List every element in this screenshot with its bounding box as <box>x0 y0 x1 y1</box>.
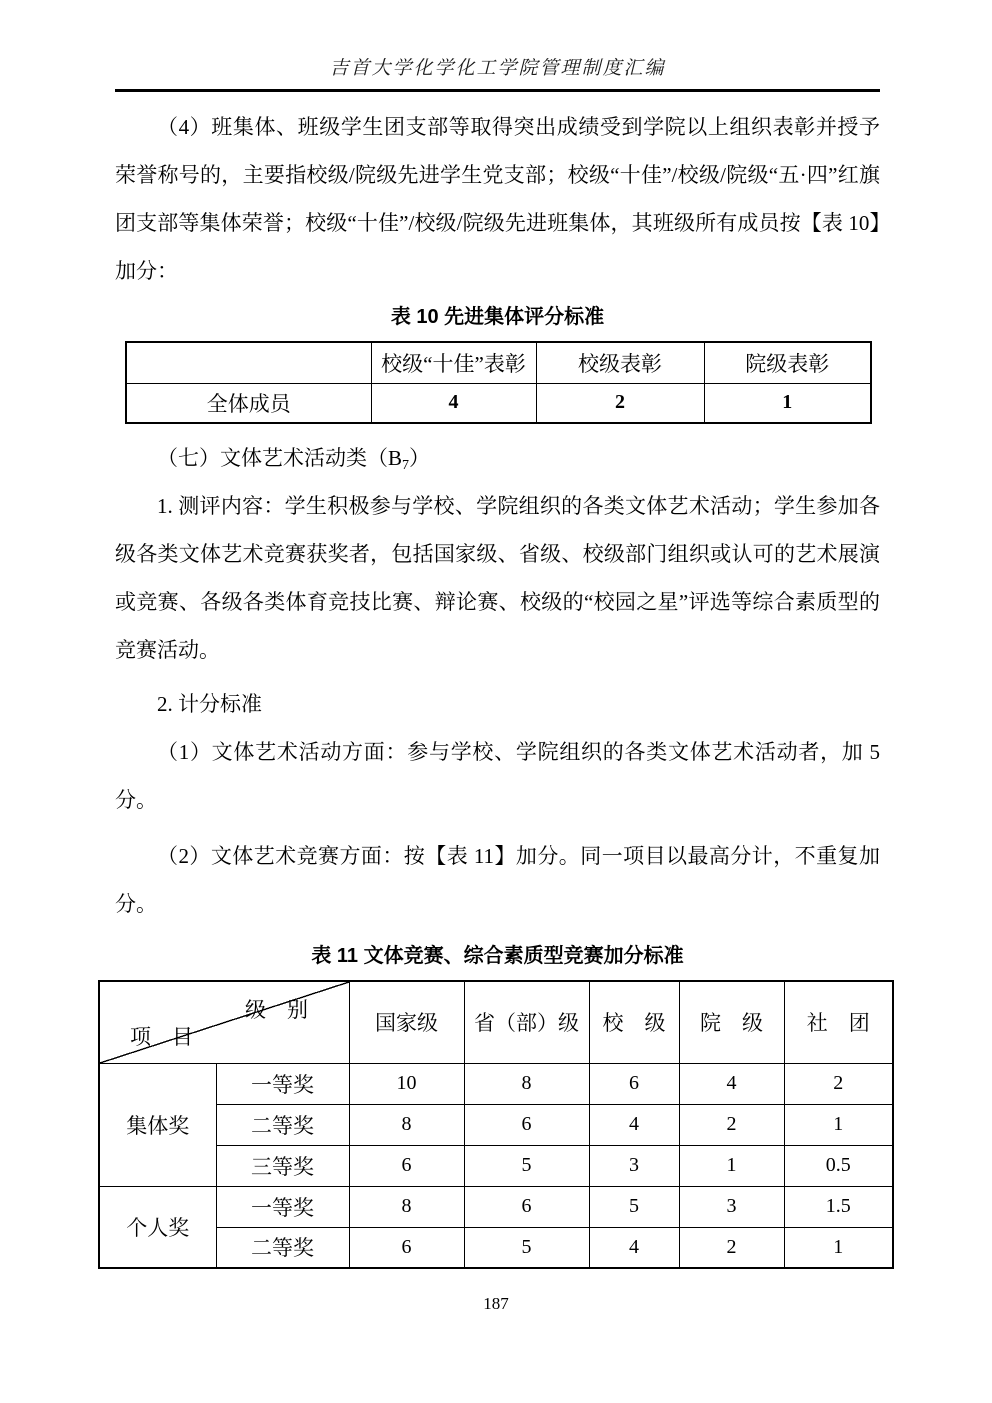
table11-group-individual: 个人奖 <box>99 1186 216 1268</box>
table11-header-national: 国家级 <box>349 981 464 1063</box>
subscript-7: 7 <box>402 458 409 473</box>
score-cell: 8 <box>464 1063 589 1104</box>
table11-header-college: 院 级 <box>679 981 784 1063</box>
table-row: 个人奖 一等奖 8 6 5 3 1.5 <box>99 1186 893 1227</box>
prize-label: 一等奖 <box>216 1186 349 1227</box>
section-heading-text: （七）文体艺术活动类（B <box>157 446 402 470</box>
score-cell: 5 <box>464 1145 589 1186</box>
score-cell: 8 <box>349 1186 464 1227</box>
score-cell: 5 <box>464 1227 589 1268</box>
paragraph-content1: 1. 测评内容：学生积极参与学校、学院组织的各类文体艺术活动；学生参加各级各类文… <box>115 482 880 674</box>
score-cell: 2 <box>679 1104 784 1145</box>
score-cell: 6 <box>464 1186 589 1227</box>
table11-header-school: 校 级 <box>589 981 679 1063</box>
prize-label: 三等奖 <box>216 1145 349 1186</box>
score-cell: 6 <box>349 1145 464 1186</box>
table10-header-shijia: 校级“十佳”表彰 <box>371 342 536 383</box>
header-rule <box>115 89 880 92</box>
corner-label-level: 级 别 <box>245 994 308 1024</box>
table10-header-empty <box>126 342 371 383</box>
score-cell: 8 <box>349 1104 464 1145</box>
header-title: 吉首大学化学化工学院管理制度汇编 <box>115 0 880 82</box>
score-cell: 3 <box>679 1186 784 1227</box>
table-row: 二等奖 6 5 4 2 1 <box>99 1227 893 1268</box>
table11-header-provincial: 省（部）级 <box>464 981 589 1063</box>
score-cell: 10 <box>349 1063 464 1104</box>
table11-header-row: 级 别 项 目 国家级 省（部）级 校 级 院 级 社 团 <box>99 981 893 1063</box>
table10-title: 表 10 先进集体评分标准 <box>115 303 880 331</box>
section-heading-close: ） <box>409 446 430 470</box>
prize-label: 二等奖 <box>216 1227 349 1268</box>
table10-header-xiaoji: 校级表彰 <box>536 342 704 383</box>
score-cell: 1.5 <box>784 1186 893 1227</box>
score-cell: 5 <box>589 1186 679 1227</box>
prize-label: 一等奖 <box>216 1063 349 1104</box>
score-cell: 4 <box>589 1104 679 1145</box>
table11-header-club: 社 团 <box>784 981 893 1063</box>
table10-header-row: 校级“十佳”表彰 校级表彰 院级表彰 <box>126 342 871 383</box>
paragraph-content2: 2. 计分标准 <box>115 680 880 728</box>
table10-row-label: 全体成员 <box>126 383 371 423</box>
score-cell: 2 <box>784 1063 893 1104</box>
score-cell: 4 <box>589 1227 679 1268</box>
paragraph-content3: （1）文体艺术活动方面：参与学校、学院组织的各类文体艺术活动者，加 5 分。 <box>115 728 880 824</box>
table-row: 集体奖 一等奖 10 8 6 4 2 <box>99 1063 893 1104</box>
score-cell: 1 <box>679 1145 784 1186</box>
score-cell: 0.5 <box>784 1145 893 1186</box>
table11-title: 表 11 文体竞赛、综合素质型竞赛加分标准 <box>115 942 880 970</box>
table10-header-yuanji: 院级表彰 <box>704 342 871 383</box>
table-row: 二等奖 8 6 4 2 1 <box>99 1104 893 1145</box>
corner-label-item: 项 目 <box>130 1021 193 1051</box>
score-cell: 1 <box>784 1104 893 1145</box>
table10-data-row: 全体成员 4 2 1 <box>126 383 871 423</box>
score-cell: 6 <box>589 1063 679 1104</box>
score-cell: 3 <box>589 1145 679 1186</box>
score-cell: 1 <box>784 1227 893 1268</box>
table10-value: 2 <box>536 383 704 423</box>
score-cell: 6 <box>464 1104 589 1145</box>
section-heading-b7: （七）文体艺术活动类（B7） <box>115 434 880 482</box>
page-number: 187 <box>483 1294 509 1313</box>
score-cell: 2 <box>679 1227 784 1268</box>
document-page: 吉首大学化学化工学院管理制度汇编 （4）班集体、班级学生团支部等取得突出成绩受到… <box>0 0 992 1403</box>
paragraph-item4: （4）班集体、班级学生团支部等取得突出成绩受到学院以上组织表彰并授予荣誉称号的，… <box>115 103 880 295</box>
table-row: 三等奖 6 5 3 1 0.5 <box>99 1145 893 1186</box>
prize-label: 二等奖 <box>216 1104 349 1145</box>
table11: 级 别 项 目 国家级 省（部）级 校 级 院 级 社 团 集体奖 一等奖 10… <box>98 980 894 1269</box>
table11-corner-cell: 级 别 项 目 <box>99 981 349 1063</box>
score-cell: 6 <box>349 1227 464 1268</box>
page-footer: 187 <box>0 1294 992 1314</box>
table11-group-collective: 集体奖 <box>99 1063 216 1186</box>
table10-value: 1 <box>704 383 871 423</box>
score-cell: 4 <box>679 1063 784 1104</box>
table10-value: 4 <box>371 383 536 423</box>
paragraph-content4: （2）文体艺术竞赛方面：按【表 11】加分。同一项目以最高分计，不重复加分。 <box>115 832 880 928</box>
table10: 校级“十佳”表彰 校级表彰 院级表彰 全体成员 4 2 1 <box>125 341 872 424</box>
